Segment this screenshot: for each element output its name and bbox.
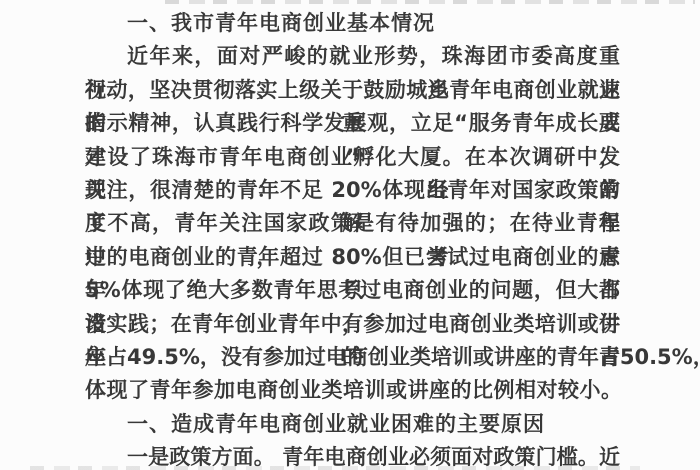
cropped-text-line-top [165,0,695,4]
text-line-left-part: 年占49.5%，没有参加过电商创业类培训或讲座的青年占 [85,341,620,374]
text-line: 诸实践；在青年创业青年中，参加过电商创业类培训或讲座的青 [85,308,620,341]
section-heading-basic-situation: 一、我市青年电商创业基本情况 [85,7,620,40]
text-line-with-gap: 年占49.5%，没有参加过电商创业类培训或讲座的青年占 50.5%， [85,341,620,374]
cropped-text-line-bottom [30,466,640,470]
section-heading-main-causes: 一、造成青年电商创业就业困难的主要原因 [85,408,620,441]
text-line: 行动，坚决贯彻落实上级关于鼓励城乡青年电商创业就业的重要 [85,74,620,107]
text-line: 关注，很清楚的青年不足 20%体现出青年对国家政策的了解程 [85,174,620,207]
text-line: 5%体现了绝大多数青年思考过电商创业的问题，但大都没有付 [85,274,620,307]
text-line: 过的电商创业的青年超过 80%但已尝试过电商创业的青年只占 [85,241,620,274]
text-line: 建设了珠海市青年电商创业孵化大厦。在本次调研中发现：经常 [85,141,620,174]
text-line: 度不高，青年关注国家政策是有待加强的；在待业青年中，考虑 [85,207,620,240]
text-line: 指示精神，认真践行科学发展观，立足“服务青年成长成才”， [85,107,620,140]
statistic-value: 50.5%， [620,341,700,374]
scanned-document-page: 一、我市青年电商创业基本情况 近年来，面对严峻的就业形势，珠海团市委高度重视、迅… [0,0,700,470]
document-body: 一、我市青年电商创业基本情况 近年来，面对严峻的就业形势，珠海团市委高度重视、迅… [85,7,620,470]
text-line: 体现了青年参加电商创业类培训或讲座的比例相对较小。 [85,374,620,407]
text-line: 近年来，面对严峻的就业形势，珠海团市委高度重视、迅速 [85,40,620,73]
